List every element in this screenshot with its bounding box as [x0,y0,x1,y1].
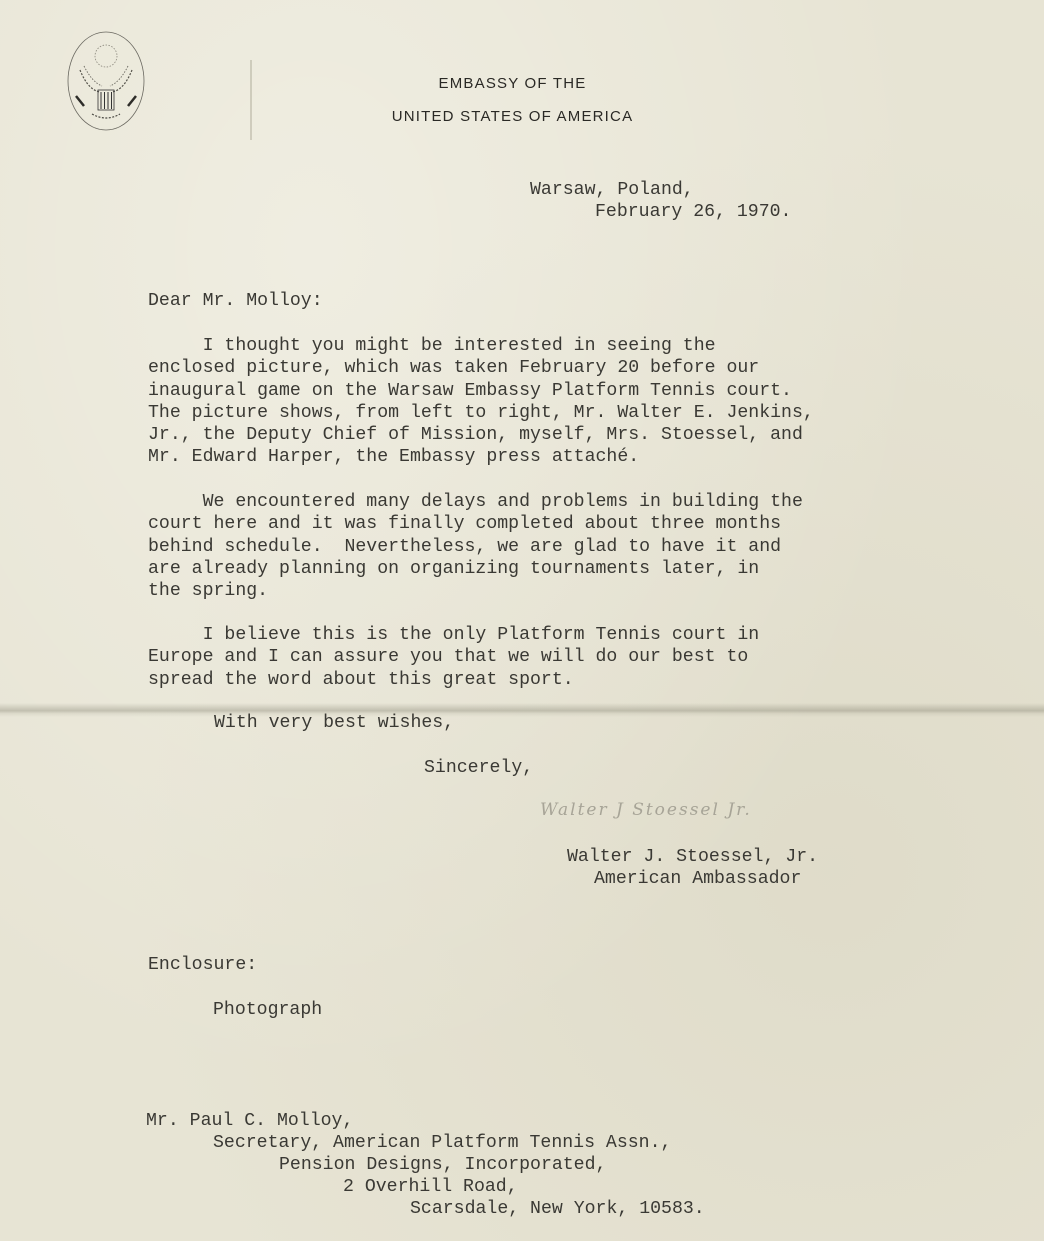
text-line: We encountered many delays and problems … [148,491,968,513]
text-line: The picture shows, from left to right, M… [148,402,968,424]
text-line: behind schedule. Nevertheless, we are gl… [148,536,968,558]
text-line: I believe this is the only Platform Tenn… [148,624,968,646]
text-line: enclosed picture, which was taken Februa… [148,357,968,379]
letterhead-line-2: UNITED STATES OF AMERICA [340,108,685,125]
great-seal-icon [66,30,146,132]
dateline-place: Warsaw, Poland, [530,179,694,201]
body-paragraph-2: We encountered many delays and problems … [148,491,968,602]
text-line: are already planning on organizing tourn… [148,558,968,580]
paper-crease-mark [250,60,252,140]
closing-wishes: With very best wishes, [214,712,454,734]
address-line-4: 2 Overhill Road, [343,1176,518,1198]
address-line-2: Secretary, American Platform Tennis Assn… [213,1132,671,1154]
salutation: Dear Mr. Molloy: [148,290,323,312]
body-paragraph-3: I believe this is the only Platform Tenn… [148,624,968,691]
text-line: court here and it was finally completed … [148,513,968,535]
text-line: the spring. [148,580,968,602]
text-line: Mr. Edward Harper, the Embassy press att… [148,446,968,468]
dateline-date: February 26, 1970. [595,201,791,223]
text-line: Europe and I can assure you that we will… [148,646,968,668]
address-line-1: Mr. Paul C. Molloy, [146,1110,353,1132]
address-line-5: Scarsdale, New York, 10583. [410,1198,705,1220]
address-line-3: Pension Designs, Incorporated, [279,1154,606,1176]
text-line: inaugural game on the Warsaw Embassy Pla… [148,380,968,402]
text-line: I thought you might be interested in see… [148,335,968,357]
enclosure-label: Enclosure: [148,954,257,976]
handwritten-signature: Walter J Stoessel Jr. [540,800,752,820]
sign-off: Sincerely, [424,757,533,779]
letter-page: EMBASSY OF THE UNITED STATES OF AMERICA … [0,0,1044,1241]
signer-title: American Ambassador [594,868,801,890]
letterhead-line-1: EMBASSY OF THE [340,75,685,92]
signer-name: Walter J. Stoessel, Jr. [567,846,818,868]
enclosure-item: Photograph [213,999,322,1021]
text-line: spread the word about this great sport. [148,669,968,691]
body-paragraph-1: I thought you might be interested in see… [148,335,968,469]
paper-fold-crease [0,703,1044,717]
text-line: Jr., the Deputy Chief of Mission, myself… [148,424,968,446]
